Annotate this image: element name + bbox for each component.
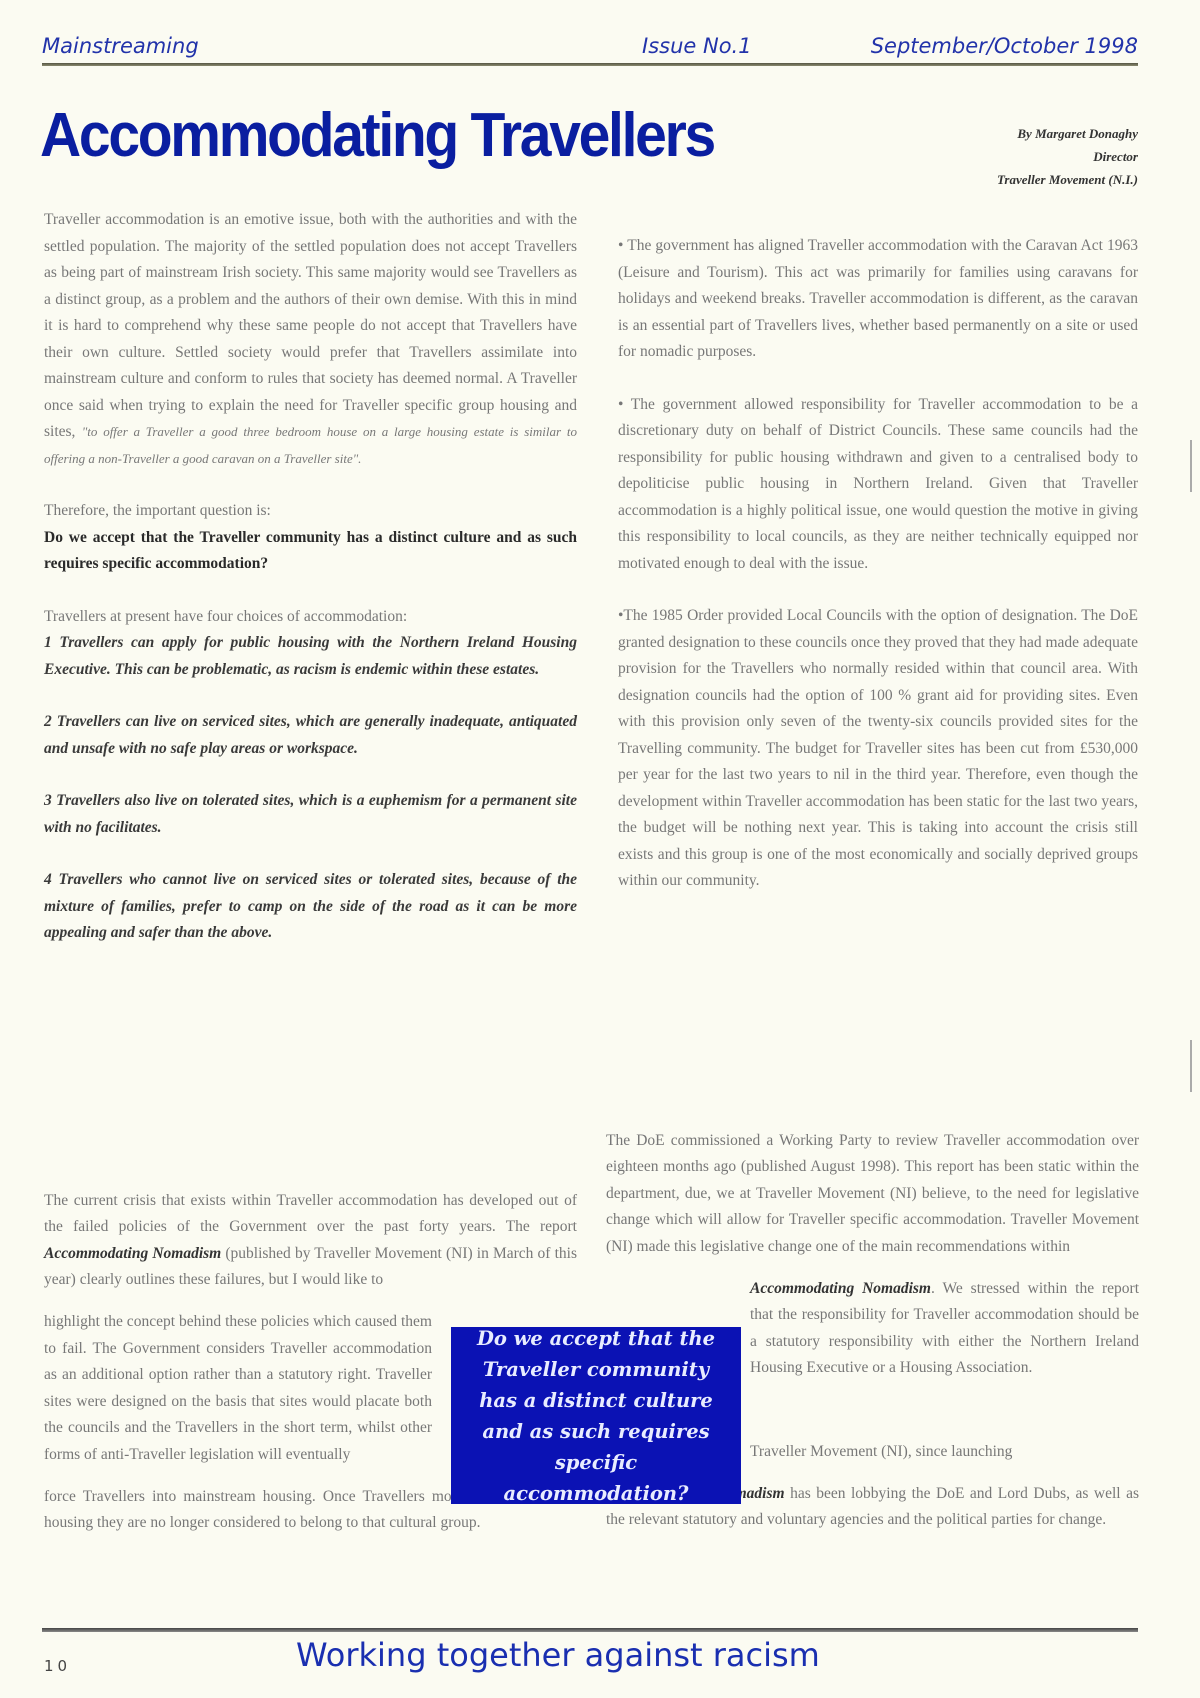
issue-number: Issue No.1 (642, 34, 752, 58)
page-number: 10 (44, 1657, 71, 1675)
pull-quote-box: Do we accept that the Traveller communit… (451, 1327, 741, 1504)
footer-slogan: Working together against racism (296, 1636, 820, 1674)
key-question: Do we accept that the Traveller communit… (44, 525, 577, 578)
doe-paragraph: The DoE commissioned a Working Party to … (606, 1128, 1139, 1261)
pull-quote-text: Do we accept that the Traveller communit… (461, 1323, 731, 1509)
intro-text: Traveller accommodation is an emotive is… (44, 211, 577, 440)
choice-item: 4 Travellers who cannot live on serviced… (44, 867, 577, 947)
crisis-wrapped-text: highlight the concept behind these polic… (44, 1309, 432, 1468)
question-lead: Therefore, the important question is: (44, 498, 577, 525)
intro-paragraph: Traveller accommodation is an emotive is… (44, 207, 577, 472)
left-column: Traveller accommodation is an emotive is… (44, 207, 577, 947)
byline-role: Director (997, 145, 1138, 168)
doe-paragraph-continued: Accommodating Nomadism. We stressed with… (750, 1276, 1139, 1382)
crisis-paragraph: The current crisis that exists within Tr… (44, 1188, 577, 1294)
choices-lead: Travellers at present have four choices … (44, 604, 577, 631)
publication-name: Mainstreaming (42, 34, 199, 58)
choice-item: 2 Travellers can live on serviced sites,… (44, 709, 577, 762)
masthead: Mainstreaming Issue No.1 September/Octob… (42, 30, 1138, 66)
lobby-lead: Traveller Movement (NI), since launching (750, 1439, 1139, 1466)
margin-mark (1190, 1040, 1192, 1092)
margin-mark (1190, 440, 1192, 492)
issue-date: September/October 1998 (871, 34, 1138, 58)
choice-item: 3 Travellers also live on tolerated site… (44, 788, 577, 841)
crisis-text: The current crisis that exists within Tr… (44, 1192, 577, 1236)
report-title: Accommodating Nomadism (44, 1245, 221, 1262)
article-title: Accommodating Travellers (40, 100, 714, 171)
footer-rule (42, 1628, 1138, 1632)
byline-organisation: Traveller Movement (N.I.) (997, 168, 1138, 191)
bullet-item: • The government allowed responsibility … (618, 392, 1138, 578)
bullet-item: • The government has aligned Traveller a… (618, 233, 1138, 366)
byline-author: By Margaret Donaghy (997, 122, 1138, 145)
intro-quote: "to offer a Traveller a good three bedro… (44, 424, 577, 466)
bullet-item: •The 1985 Order provided Local Councils … (618, 603, 1138, 895)
byline: By Margaret Donaghy Director Traveller M… (997, 122, 1138, 191)
right-column: • The government has aligned Traveller a… (618, 233, 1138, 895)
header-rule (42, 63, 1138, 66)
report-title: Accommodating Nomadism (750, 1280, 931, 1297)
choice-item: 1 Travellers can apply for public housin… (44, 630, 577, 683)
newsletter-page: Mainstreaming Issue No.1 September/Octob… (0, 0, 1200, 1698)
